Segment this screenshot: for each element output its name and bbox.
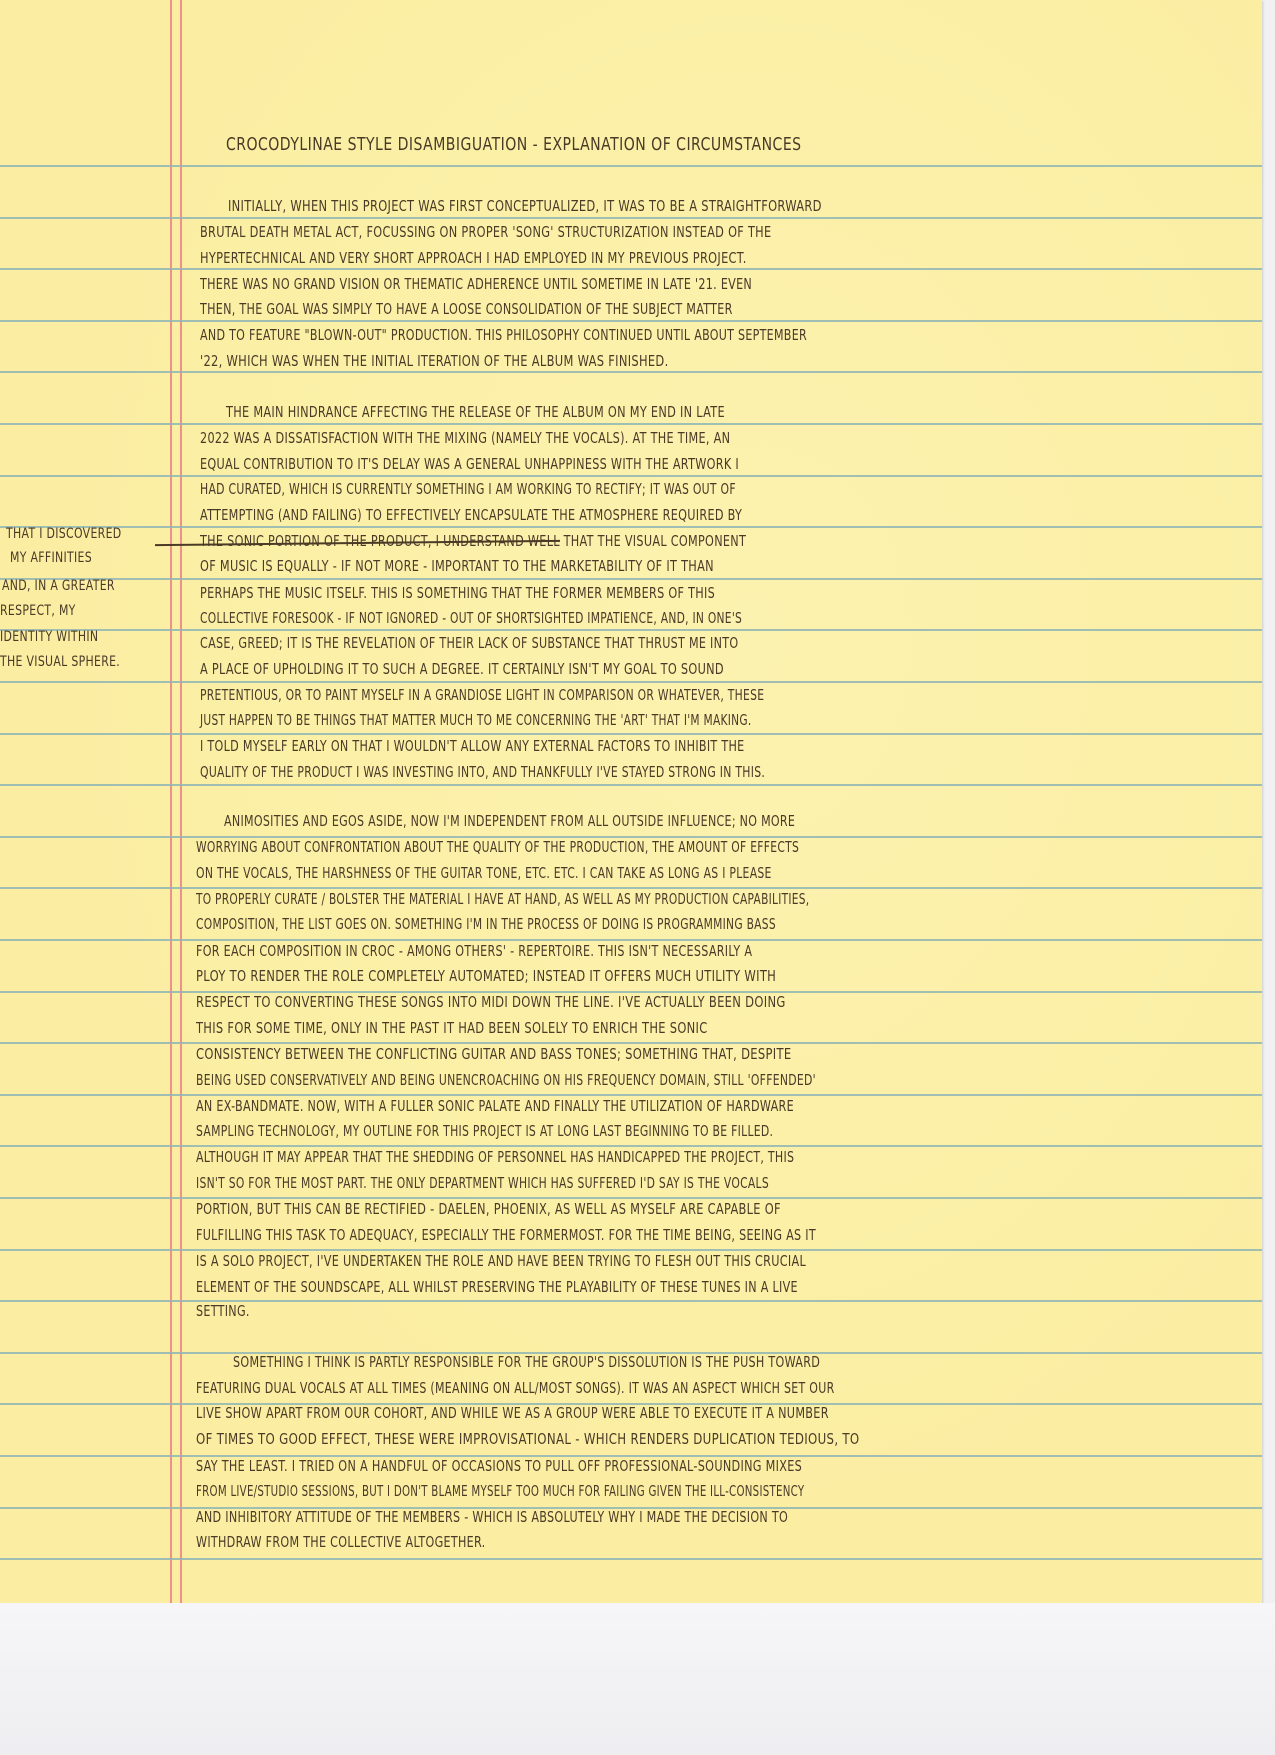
- margin-note-line: respect, my: [0, 603, 76, 619]
- rule-line: [0, 475, 1262, 477]
- rule-line: [0, 681, 1262, 683]
- text-line: perhaps the music itself. This is someth…: [200, 584, 715, 602]
- text-line: hypertechnical and very short approach I…: [200, 249, 747, 267]
- rule-line: [0, 1042, 1262, 1044]
- text-line: and to feature "blown-out" production. T…: [200, 326, 807, 344]
- text-line: brutal death metal act, focussing on pro…: [200, 223, 771, 241]
- text-line: of music is equally - if not more - impo…: [200, 557, 714, 575]
- rule-line: [0, 1094, 1262, 1096]
- margin-note-line: that I discovered: [6, 526, 122, 542]
- text-line: quality of the product I was investing i…: [200, 763, 765, 781]
- text-line: setting.: [196, 1302, 250, 1320]
- text-line: Something I think is partly responsible …: [233, 1353, 820, 1371]
- margin-note-line: the visual sphere.: [0, 654, 120, 670]
- text-line: an ex-bandmate. Now, with a fuller sonic…: [196, 1097, 794, 1115]
- text-line: case, greed; it is the revelation of the…: [200, 634, 738, 652]
- text-line: pretentious, or to paint myself in a gra…: [200, 686, 764, 704]
- text-line: sampling technology, my outline for this…: [196, 1122, 773, 1140]
- text-line: attempting (and failing) to effectively …: [200, 506, 742, 524]
- text-line: of times to good effect, these were impr…: [196, 1430, 859, 1448]
- text-line: portion, but this can be rectified - Dae…: [196, 1200, 781, 1218]
- rule-line: [0, 1249, 1262, 1251]
- text-line: consistency between the conflicting guit…: [196, 1045, 791, 1063]
- rule-line: [0, 320, 1262, 322]
- text-line: to properly curate / bolster the materia…: [196, 890, 809, 908]
- text-line: on the vocals, the harshness of the guit…: [196, 864, 772, 882]
- rule-line: [0, 165, 1262, 167]
- text-line: withdraw from the collective altogether.: [196, 1533, 485, 1551]
- margin-note-line: identity within: [0, 629, 98, 645]
- text-line: had curated, which is currently somethin…: [200, 480, 736, 498]
- text-line: Animosities and egos aside, now I'm inde…: [224, 812, 795, 830]
- text-line: The main hindrance affecting the release…: [226, 403, 725, 421]
- document-title: Crocodylinae Style Disambiguation - Expl…: [226, 134, 802, 155]
- text-line: I told myself early on that I wouldn't a…: [200, 737, 745, 755]
- text-line: just happen to be things that matter muc…: [200, 711, 751, 729]
- rule-line: [0, 1145, 1262, 1147]
- text-line: is a solo project, I've undertaken the r…: [196, 1252, 806, 1270]
- text-line: '22, which was when the initial iteratio…: [200, 352, 669, 370]
- text-line: a place of upholding it to such a degree…: [200, 660, 724, 678]
- rule-line: [0, 1558, 1262, 1560]
- text-line: Although it may appear that the shedding…: [196, 1148, 794, 1166]
- margin-line-right: [180, 0, 182, 1603]
- text-line: then, the goal was simply to have a loos…: [200, 300, 733, 318]
- text-line: Initially, when this project was first c…: [228, 197, 822, 215]
- text-line: composition, the list goes on. Something…: [196, 915, 776, 933]
- text-line: worrying about confrontation about the q…: [196, 838, 799, 856]
- text-line: isn't so for the most part. The only dep…: [196, 1174, 769, 1192]
- scanner-background: [0, 1603, 1275, 1755]
- text-line: respect to converting these songs into M…: [196, 993, 786, 1011]
- text-line: 2022 was a dissatisfaction with the mixi…: [200, 429, 730, 447]
- rule-line: [0, 578, 1262, 580]
- rule-line: [0, 784, 1262, 786]
- text-line: fulfilling this task to adequacy, especi…: [196, 1226, 816, 1244]
- text-line: equal contribution to it's delay was a g…: [200, 455, 739, 473]
- text-line: from live/studio sessions, but I don't b…: [196, 1482, 804, 1500]
- rule-line: [0, 1300, 1262, 1302]
- rule-line: [0, 371, 1262, 373]
- legal-pad-page: Crocodylinae Style Disambiguation - Expl…: [0, 0, 1262, 1603]
- rule-line: [0, 526, 1262, 528]
- rule-line: [0, 1197, 1262, 1199]
- text-line: element of the soundscape, all whilst pr…: [196, 1278, 798, 1296]
- text-line: being used conservatively and being unen…: [196, 1071, 816, 1089]
- margin-note-line: and, in a greater: [2, 578, 115, 594]
- rule-line: [0, 733, 1262, 735]
- text-line: live show apart from our cohort, and whi…: [196, 1404, 829, 1422]
- rule-line: [0, 939, 1262, 941]
- rule-line: [0, 887, 1262, 889]
- margin-line-left: [170, 0, 172, 1603]
- rule-line: [0, 268, 1262, 270]
- text-line: ploy to render the role completely autom…: [196, 967, 776, 985]
- rule-line: [0, 629, 1262, 631]
- text-line: featuring dual vocals at all times (mean…: [196, 1379, 835, 1397]
- rule-line: [0, 423, 1262, 425]
- margin-note-line: my affinities: [10, 550, 92, 566]
- text-line: this for some time, only in the past it …: [196, 1019, 708, 1037]
- text-line: and inhibitory attitude of the members -…: [196, 1508, 788, 1526]
- rule-line: [0, 217, 1262, 219]
- text-line: say the least. I tried on a handful of o…: [196, 1457, 802, 1475]
- text-line: There was no grand vision or thematic ad…: [200, 275, 752, 293]
- text-line: collective foresook - if not ignored - o…: [200, 609, 742, 627]
- text-line: for each composition in Croc - among oth…: [196, 942, 752, 960]
